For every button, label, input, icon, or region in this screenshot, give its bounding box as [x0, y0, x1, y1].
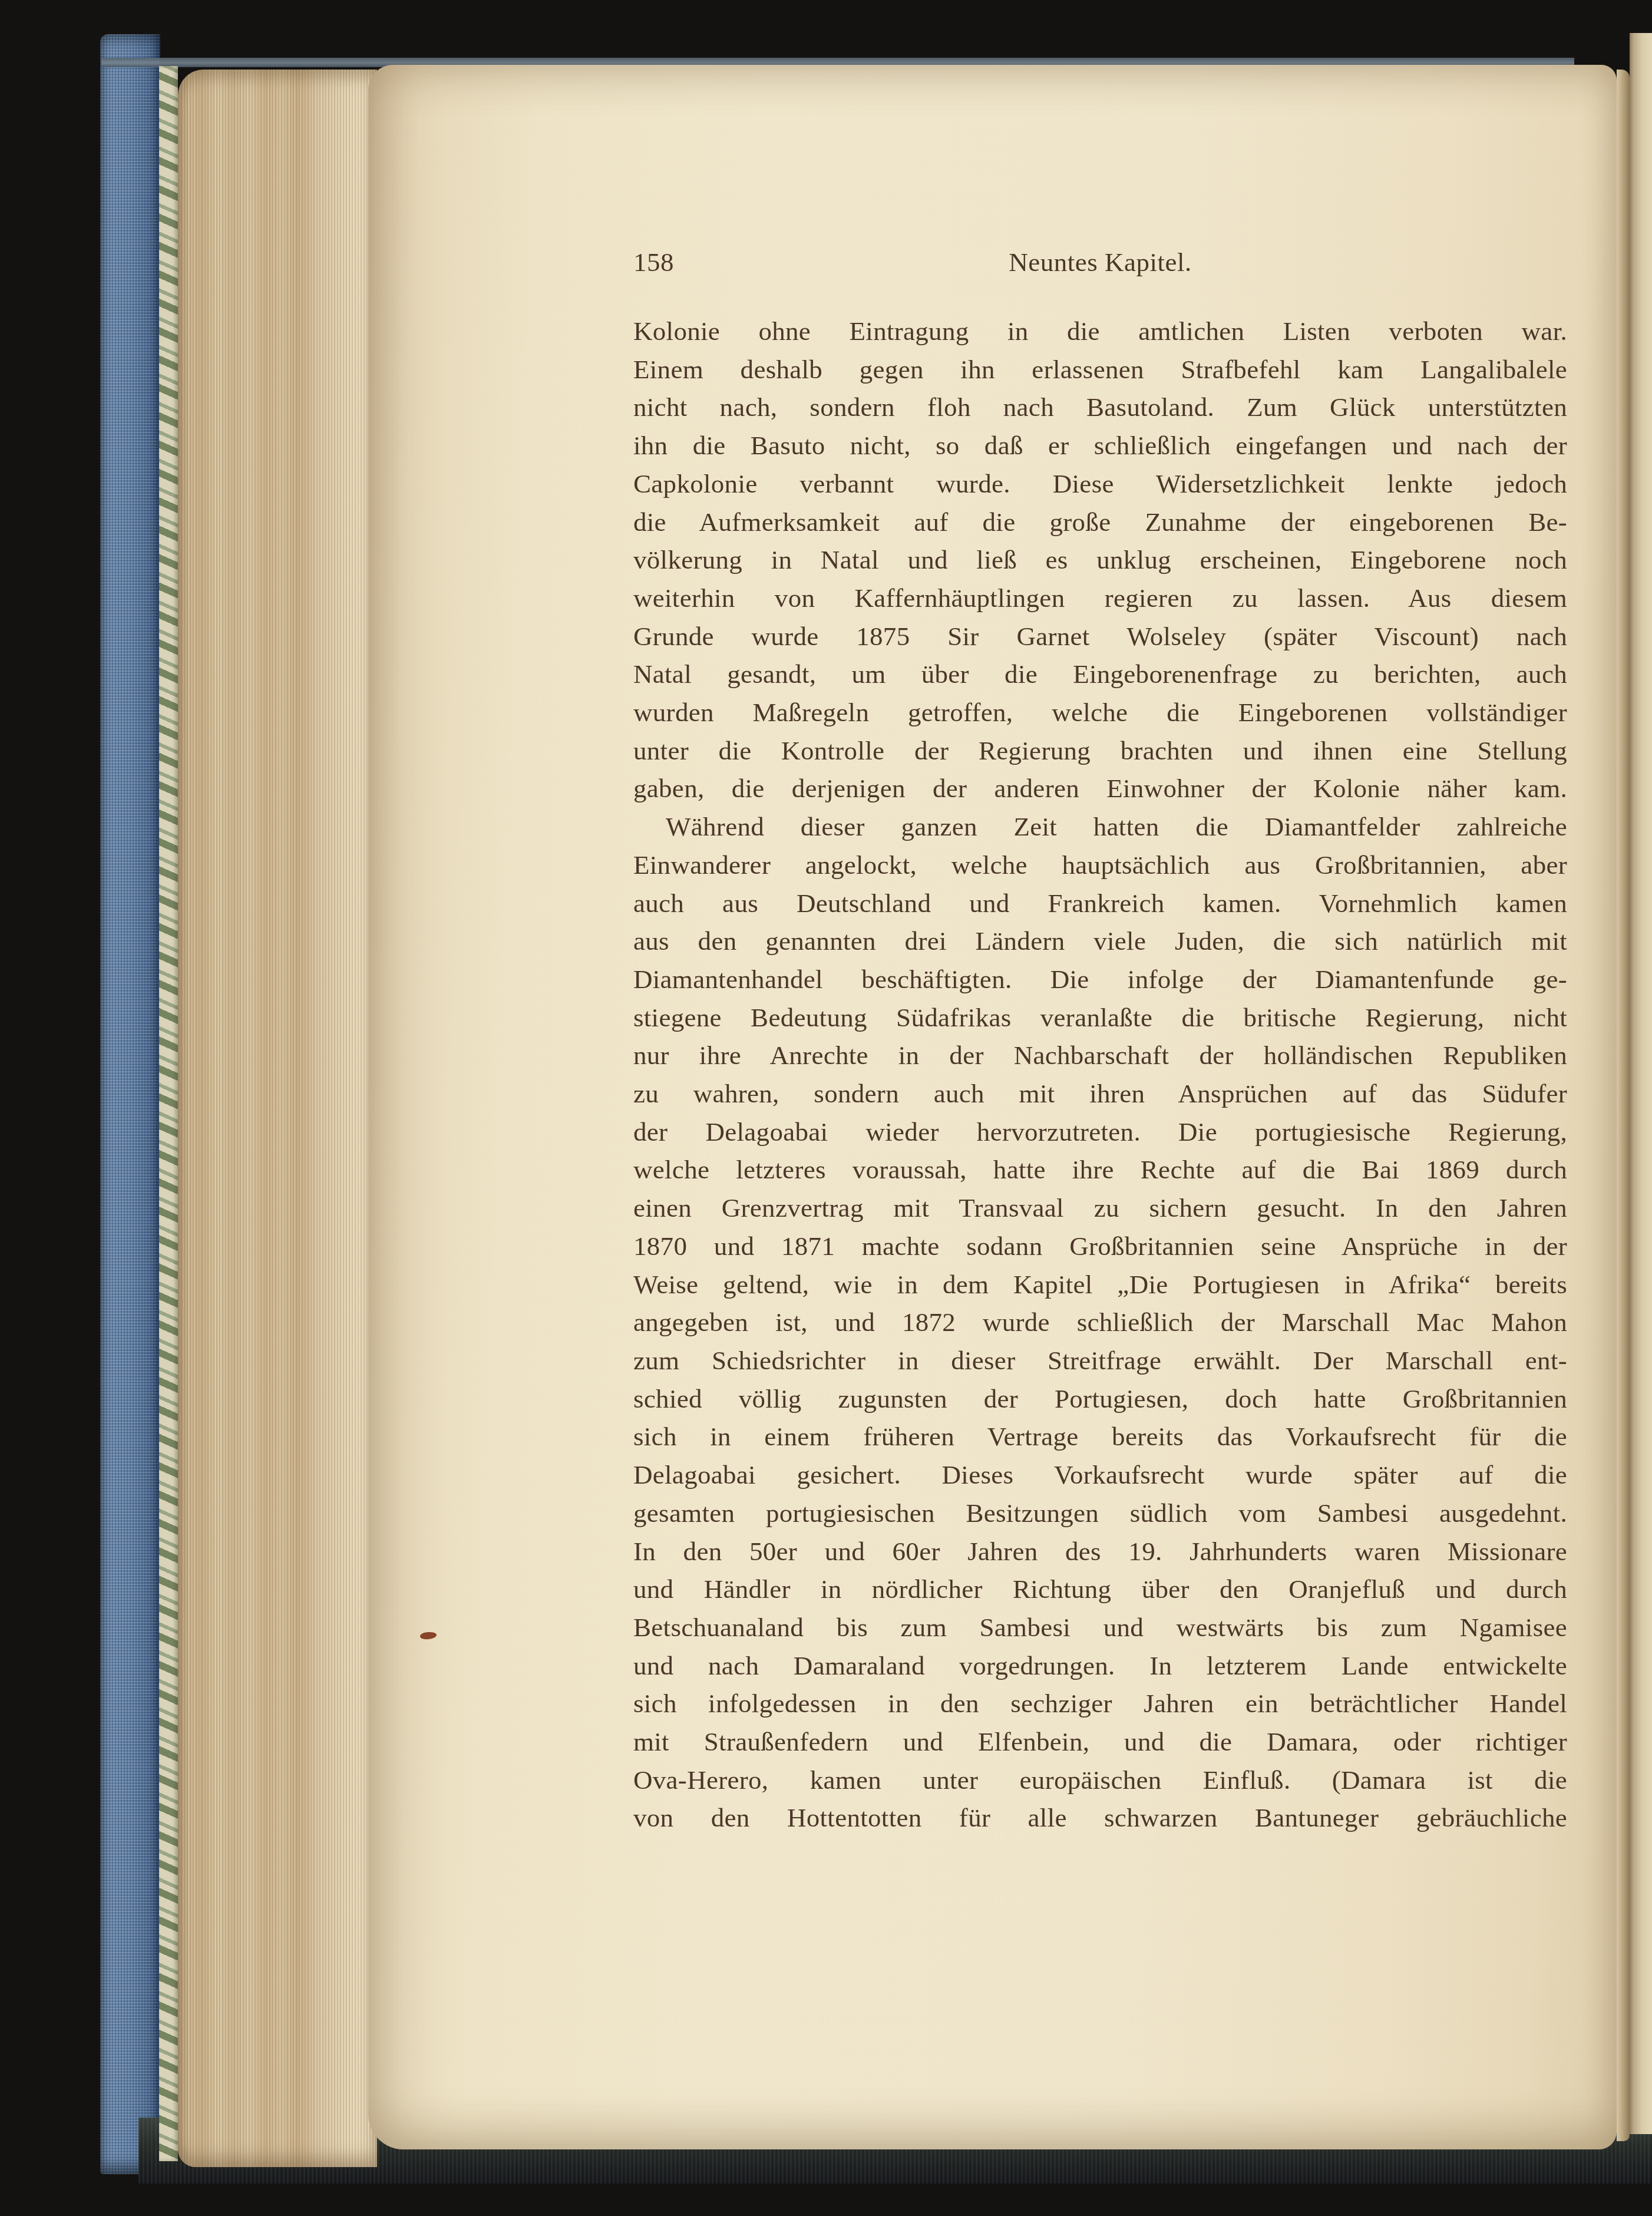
text-line: Natal gesandt, um über die Eingeborenenf…	[633, 655, 1567, 693]
text-line: zu wahren, sondern auch mit ihren Ansprü…	[633, 1075, 1567, 1113]
text-line: Einem deshalb gegen ihn erlassenen Straf…	[633, 351, 1567, 389]
text-line: angegeben ist, und 1872 wurde schließlic…	[633, 1303, 1567, 1342]
text-line: mit Straußenfedern und Elfenbein, und di…	[633, 1723, 1567, 1761]
text-line: gaben, die derjenigen der anderen Einwoh…	[633, 770, 1567, 808]
chapter-header: Neuntes Kapitel.	[633, 246, 1567, 278]
running-header: 158 Neuntes Kapitel.	[633, 246, 1567, 278]
text-line: zum Schiedsrichter in dieser Streitfrage…	[633, 1342, 1567, 1380]
text-line: schied völlig zugunsten der Portugiesen,…	[633, 1380, 1567, 1418]
text-line: der Delagoabai wieder hervorzutreten. Di…	[633, 1113, 1567, 1151]
text-line: sich infolgedessen in den sechziger Jahr…	[633, 1685, 1567, 1723]
text-line: die Aufmerksamkeit auf die große Zunahme…	[633, 503, 1567, 541]
text-line: und nach Damaraland vorgedrungen. In let…	[633, 1647, 1567, 1685]
text-line: ihn die Basuto nicht, so daß er schließl…	[633, 427, 1567, 465]
text-line: welche letzteres voraussah, hatte ihre R…	[633, 1151, 1567, 1189]
book-cover-spine	[100, 34, 160, 2174]
text-line: Capkolonie verbannt wurde. Diese Widerse…	[633, 465, 1567, 503]
text-line: Delagoabai gesichert. Dieses Vorkaufsrec…	[633, 1456, 1567, 1494]
text-line: von den Hottentotten für alle schwarzen …	[633, 1799, 1567, 1837]
body-text: Kolonie ohne Eintragung in die amtlichen…	[633, 312, 1567, 1837]
text-line: Weise geltend, wie in dem Kapitel „Die P…	[633, 1266, 1567, 1304]
text-line: nur ihre Anrechte in der Nachbarschaft d…	[633, 1036, 1567, 1075]
text-line: unter die Kontrolle der Regierung bracht…	[633, 732, 1567, 770]
text-line: stiegene Bedeutung Südafrikas veranlaßte…	[633, 999, 1567, 1037]
text-line: gesamten portugiesischen Besitzungen süd…	[633, 1494, 1567, 1533]
text-line: wurden Maßregeln getroffen, welche die E…	[633, 693, 1567, 732]
text-line: Während dieser ganzen Zeit hatten die Di…	[633, 808, 1567, 846]
text-line: einen Grenzvertrag mit Transvaal zu sich…	[633, 1189, 1567, 1227]
text-line: 1870 und 1871 machte sodann Großbritanni…	[633, 1227, 1567, 1266]
text-line: Grunde wurde 1875 Sir Garnet Wolseley (s…	[633, 617, 1567, 656]
photo-backdrop: 158 Neuntes Kapitel. Kolonie ohne Eintra…	[0, 0, 1652, 2216]
text-line: weiterhin von Kaffernhäuptlingen regiere…	[633, 579, 1567, 617]
page-edge-stack	[178, 70, 377, 2167]
text-line: völkerung in Natal und ließ es unklug er…	[633, 541, 1567, 579]
endpaper-pattern	[159, 66, 178, 2161]
text-line: sich in einem früheren Vertrage bereits …	[633, 1418, 1567, 1456]
book-page: 158 Neuntes Kapitel. Kolonie ohne Eintra…	[368, 65, 1617, 2149]
ink-speck	[419, 1632, 437, 1640]
text-line: auch aus Deutschland und Frankreich kame…	[633, 884, 1567, 923]
text-line: Einwanderer angelockt, welche hauptsächl…	[633, 846, 1567, 884]
text-line: In den 50er und 60er Jahren des 19. Jahr…	[633, 1533, 1567, 1571]
text-line: Kolonie ohne Eintragung in die amtlichen…	[633, 312, 1567, 351]
text-line: Diamantenhandel beschäftigten. Die infol…	[633, 960, 1567, 999]
text-line: Betschuanaland bis zum Sambesi und westw…	[633, 1609, 1567, 1647]
text-line: aus den genannten drei Ländern viele Jud…	[633, 922, 1567, 960]
next-page-sliver	[1630, 33, 1652, 2134]
text-line: Ova-Herero, kamen unter europäischen Ein…	[633, 1761, 1567, 1799]
text-line: und Händler in nördlicher Richtung über …	[633, 1570, 1567, 1609]
text-line: nicht nach, sondern floh nach Basutoland…	[633, 388, 1567, 427]
